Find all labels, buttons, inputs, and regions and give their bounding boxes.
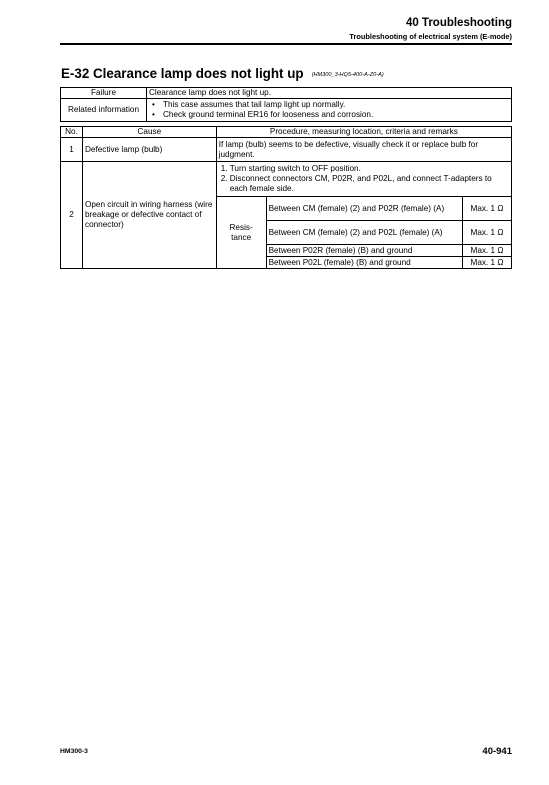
footer-model: HM300-3 <box>60 748 88 755</box>
footer-page-number: 40-941 <box>482 746 512 757</box>
row-procedure: If lamp (bulb) seems to be defective, vi… <box>216 138 511 162</box>
header-no: No. <box>61 127 83 138</box>
failure-row: Failure Clearance lamp does not light up… <box>61 88 512 99</box>
measurement-location: Between P02R (female) (B) and ground <box>266 245 462 257</box>
measurement-location: Between CM (female) (2) and P02R (female… <box>266 197 462 221</box>
cause-procedure-table: No. Cause Procedure, measuring location,… <box>60 126 512 269</box>
table-row: 2 Open circuit in wiring harness (wire b… <box>61 162 512 197</box>
section-title: Troubleshooting of electrical system (E-… <box>349 32 512 41</box>
related-info-item: Check ground terminal ER16 for looseness… <box>149 110 509 120</box>
procedure-step: 1.Turn starting switch to OFF position. <box>219 164 509 174</box>
procedure-steps-list: 1.Turn starting switch to OFF position. … <box>219 164 509 194</box>
failure-value: Clearance lamp does not light up. <box>147 88 512 99</box>
page-title-text: E-32 Clearance lamp does not light up <box>61 66 304 81</box>
table-header-row: No. Cause Procedure, measuring location,… <box>61 127 512 138</box>
measurement-criteria: Max. 1 Ω <box>463 257 512 269</box>
related-info-item: This case assumes that tail lamp light u… <box>149 100 509 110</box>
table-row: 1 Defective lamp (bulb) If lamp (bulb) s… <box>61 138 512 162</box>
header-cause: Cause <box>82 127 216 138</box>
chapter-title: 40 Troubleshooting <box>406 17 512 29</box>
related-info-row: Related information This case assumes th… <box>61 99 512 122</box>
measurement-location: Between P02L (female) (B) and ground <box>266 257 462 269</box>
procedure-steps: 1.Turn starting switch to OFF position. … <box>216 162 511 197</box>
row-cause: Defective lamp (bulb) <box>82 138 216 162</box>
row-number: 1 <box>61 138 83 162</box>
failure-label: Failure <box>61 88 147 99</box>
measure-type-label: Resis-tance <box>216 197 266 269</box>
page-title: E-32 Clearance lamp does not light up(HM… <box>61 66 384 81</box>
measurement-criteria: Max. 1 Ω <box>463 245 512 257</box>
document-code: (HM300_3-HQ5-400-A-Z0-A) <box>312 72 384 78</box>
measurement-criteria: Max. 1 Ω <box>463 221 512 245</box>
header-rule <box>60 43 512 45</box>
row-cause: Open circuit in wiring harness (wire bre… <box>82 162 216 269</box>
related-info-value: This case assumes that tail lamp light u… <box>147 99 512 122</box>
failure-info-table: Failure Clearance lamp does not light up… <box>60 87 512 122</box>
measurement-location: Between CM (female) (2) and P02L (female… <box>266 221 462 245</box>
related-info-list: This case assumes that tail lamp light u… <box>149 100 509 120</box>
measurement-criteria: Max. 1 Ω <box>463 197 512 221</box>
header-procedure: Procedure, measuring location, criteria … <box>216 127 511 138</box>
row-number: 2 <box>61 162 83 269</box>
procedure-step: 2.Disconnect connectors CM, P02R, and P0… <box>219 174 509 194</box>
related-info-label: Related information <box>61 99 147 122</box>
